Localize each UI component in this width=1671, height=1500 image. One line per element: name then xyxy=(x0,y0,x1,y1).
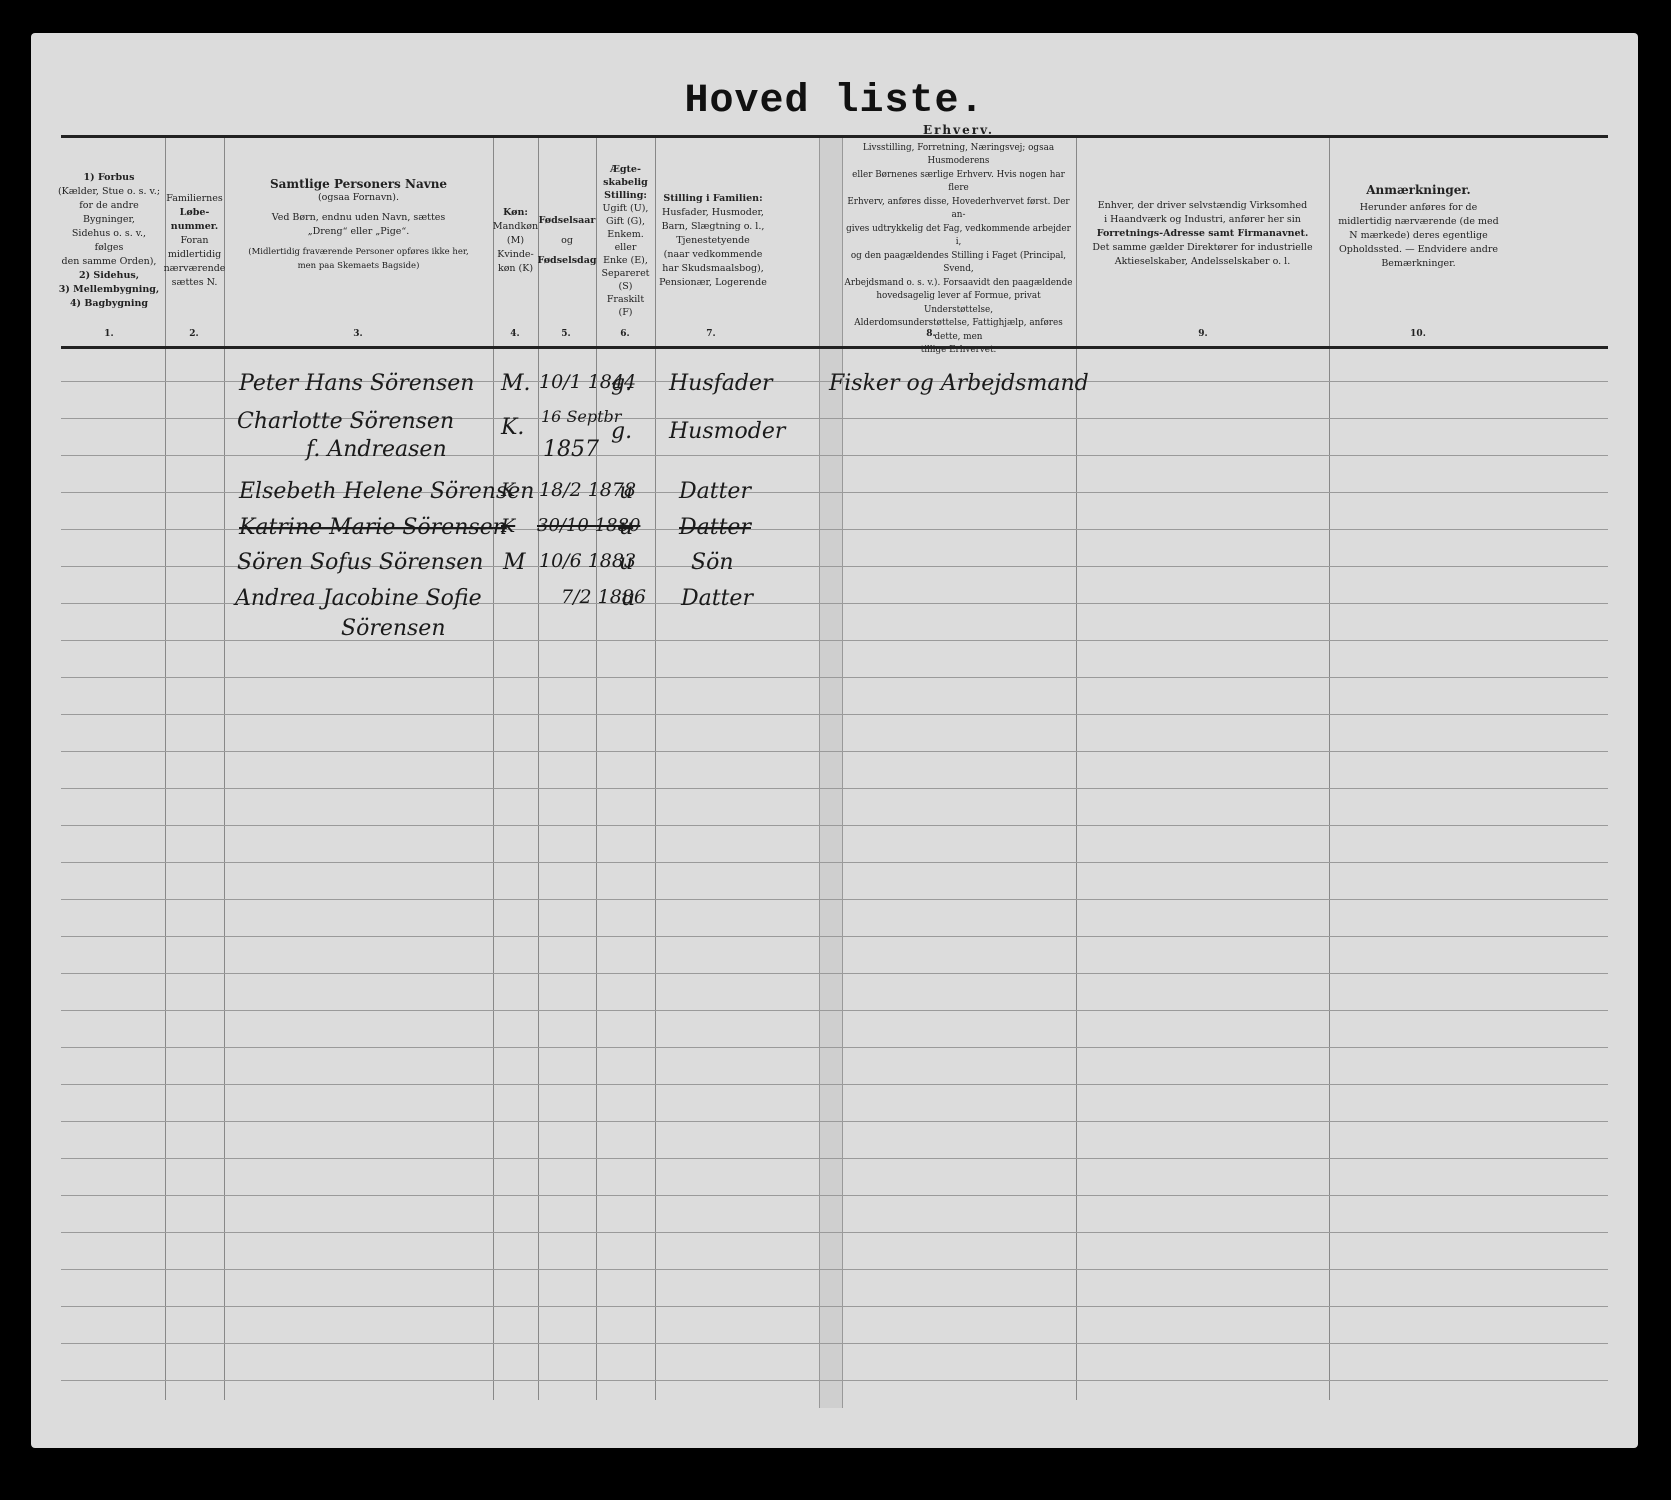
header-text: Fraskilt (F) xyxy=(599,293,652,319)
header-text: Fødselsdag xyxy=(538,254,597,268)
header-text: 4) Bagbygning xyxy=(70,297,148,311)
header-text: Stilling: xyxy=(604,189,647,202)
page-fold-gutter xyxy=(819,138,843,1408)
header-text: Herunder anføres for de xyxy=(1360,201,1478,215)
marital-status: u xyxy=(619,515,633,540)
header-text: Arbejdsmand o. s. v.). Forsaavidt den pa… xyxy=(845,277,1073,291)
family-role: Sön xyxy=(691,550,734,575)
header-text: skabelig xyxy=(603,176,648,189)
header-col-5: Fødselsaar og Fødselsdag xyxy=(538,141,596,341)
census-form-page: Hoved liste. 1) Forbus (Kælder, Stue o. … xyxy=(31,33,1638,1448)
header-text: Det samme gælder Direktører for industri… xyxy=(1092,241,1312,255)
family-role: Husfader xyxy=(669,371,773,396)
header-text: Ægte- xyxy=(610,163,641,176)
sex: K. xyxy=(501,415,524,440)
header-text: i Haandværk og Industri, anfører her sin xyxy=(1104,213,1301,227)
marital-status: g. xyxy=(611,371,632,396)
header-text: Separeret xyxy=(601,267,649,280)
header-text: nummer. xyxy=(171,220,218,234)
header-text: sættes N. xyxy=(172,276,218,290)
marital-status: g. xyxy=(611,419,632,444)
header-text: Foran xyxy=(180,234,208,248)
header-text: (S) xyxy=(619,280,633,293)
column-number: 10. xyxy=(1410,329,1426,339)
header-text: for de andre Bygninger, xyxy=(56,199,162,227)
marital-status: u xyxy=(619,550,633,575)
header-col-7: Stilling i Familien: Husfader, Husmoder,… xyxy=(655,141,771,341)
sex: M xyxy=(503,550,526,575)
header-text: Løbe- xyxy=(180,206,210,220)
header-text: og xyxy=(561,234,573,248)
header-text: Livsstilling, Forretning, Næringsvej; og… xyxy=(844,142,1073,169)
header-text: men paa Skemaets Bagside) xyxy=(298,259,420,273)
header-text: Sidehus o. s. v., følges xyxy=(56,227,162,255)
person-name: Andrea Jacobine Sofie xyxy=(235,586,482,611)
family-role: Husmoder xyxy=(669,419,785,444)
header-text: Enhver, der driver selvstændig Virksomhe… xyxy=(1098,199,1308,213)
header-text: (ogsaa Fornavn). xyxy=(318,191,399,205)
family-role: Datter xyxy=(681,586,753,611)
header-text: nærværende xyxy=(164,262,226,276)
person-name: Charlotte Sörensen xyxy=(237,409,454,434)
header-text: Kvinde- xyxy=(497,248,534,262)
header-text: Erhverv, anføres disse, Hovederhvervet f… xyxy=(844,196,1073,223)
header-text: (naar vedkommende xyxy=(664,248,763,262)
header-col-6: Ægte- skabelig Stilling: Ugift (U), Gift… xyxy=(596,141,655,341)
header-text: Aktieselskaber, Andelsselskaber o. l. xyxy=(1115,255,1291,269)
header-text: Stilling i Familien: xyxy=(663,192,762,206)
header-text: Enke (E), xyxy=(603,254,648,267)
family-role: Datter xyxy=(679,515,751,540)
page-title: Hoved liste. xyxy=(31,79,1638,124)
header-text: Mandkøn xyxy=(493,220,538,234)
header-text: Ugift (U), xyxy=(603,202,649,215)
header-text: Familiernes xyxy=(166,192,223,206)
header-text: (Kælder, Stue o. s. v.; xyxy=(58,185,160,199)
header-text: Tjenestetyende xyxy=(676,234,750,248)
header-text: Forretnings-Adresse samt Firmanavnet. xyxy=(1097,227,1309,241)
header-text: har Skudsmaalsbog), xyxy=(662,262,764,276)
person-name-line2: Sörensen xyxy=(341,616,446,641)
header-text: den samme Orden), xyxy=(62,255,157,269)
header-text: Pensionær, Logerende xyxy=(659,276,767,290)
header-text: 3) Mellembygning, xyxy=(59,283,159,297)
header-text: Fødselsaar xyxy=(539,214,596,228)
birth-year: 1857 xyxy=(543,437,599,462)
column-number: 1. xyxy=(104,329,113,339)
header-text: eller Børnenes særlige Erhverv. Hvis nog… xyxy=(844,169,1073,196)
header-text: Bemærkninger. xyxy=(1381,257,1455,271)
column-number: 2. xyxy=(189,329,198,339)
header-text: Husfader, Husmoder, xyxy=(662,206,764,220)
person-maiden-name: f. Andreasen xyxy=(306,437,447,462)
header-text: køn (K) xyxy=(498,262,533,276)
header-text: og den paagældendes Stilling i Faget (Pr… xyxy=(844,250,1073,277)
header-col-8: Erhverv. Livsstilling, Forretning, Nærin… xyxy=(841,141,1076,341)
header-text: (Midlertidig fraværende Personer opføres… xyxy=(248,245,469,259)
person-name: Peter Hans Sörensen xyxy=(239,371,474,396)
sex: K xyxy=(501,479,515,501)
header-text: midlertidig xyxy=(168,248,221,262)
sex: M. xyxy=(501,371,531,396)
header-col-2: Familiernes Løbe- nummer. Foran midlerti… xyxy=(165,141,224,341)
column-number: 9. xyxy=(1198,329,1207,339)
column-number: 6. xyxy=(620,329,629,339)
person-name: Sören Sofus Sörensen xyxy=(237,550,483,575)
header-text: hovedsagelig lever af Formue, privat Und… xyxy=(844,290,1073,317)
person-name: Elsebeth Helene Sörensen xyxy=(239,479,534,504)
header-text: 2) Sidehus, xyxy=(79,269,139,283)
header-text: midlertidig nærværende (de med xyxy=(1338,215,1498,229)
column-number: 8. xyxy=(926,329,935,339)
header-text: gives udtrykkelig det Fag, vedkommende a… xyxy=(844,223,1073,250)
header-text: Alderdomsunderstøttelse, Fattighjælp, an… xyxy=(844,317,1073,344)
column-number: 7. xyxy=(706,329,715,339)
header-text: Anmærkninger. xyxy=(1366,183,1471,197)
header-col-4: Køn: Mandkøn (M) Kvinde- køn (K) xyxy=(493,141,538,341)
header-col-1: 1) Forbus (Kælder, Stue o. s. v.; for de… xyxy=(53,141,165,341)
column-number: 4. xyxy=(510,329,519,339)
marital-status: u xyxy=(619,479,633,504)
header-text: Opholdssted. — Endvidere andre xyxy=(1339,243,1498,257)
header-text: Barn, Slægtning o. l., xyxy=(662,220,765,234)
header-text: Samtlige Personers Navne xyxy=(270,177,447,191)
header-text: Erhverv. xyxy=(923,124,994,138)
marital-status: u xyxy=(621,586,635,611)
column-number: 5. xyxy=(561,329,570,339)
column-number: 3. xyxy=(353,329,362,339)
header-text: Ved Børn, endnu uden Navn, sættes xyxy=(272,211,446,225)
header-text: 1) Forbus xyxy=(84,171,135,185)
sex: K xyxy=(501,515,515,537)
header-text: Enkem. eller xyxy=(599,228,652,254)
header-col-10: Anmærkninger. Herunder anføres for de mi… xyxy=(1329,141,1508,341)
header-text: „Dreng“ eller „Pige“. xyxy=(308,225,410,239)
header-col-9: Enhver, der driver selvstændig Virksomhe… xyxy=(1076,141,1329,341)
header-text: N mærkede) deres egentlige xyxy=(1349,229,1487,243)
family-role: Datter xyxy=(679,479,751,504)
header-bottom-rule xyxy=(61,346,1608,349)
header-text: (M) xyxy=(507,234,524,248)
header-col-3: Samtlige Personers Navne (ogsaa Fornavn)… xyxy=(224,141,493,341)
occupation: Fisker og Arbejdsmand xyxy=(829,371,1089,396)
header-text: Gift (G), xyxy=(606,215,645,228)
header-text: Køn: xyxy=(503,206,528,220)
birth-date: 16 Septbr xyxy=(541,407,621,426)
person-name: Katrine Marie Sörensen xyxy=(239,515,507,540)
